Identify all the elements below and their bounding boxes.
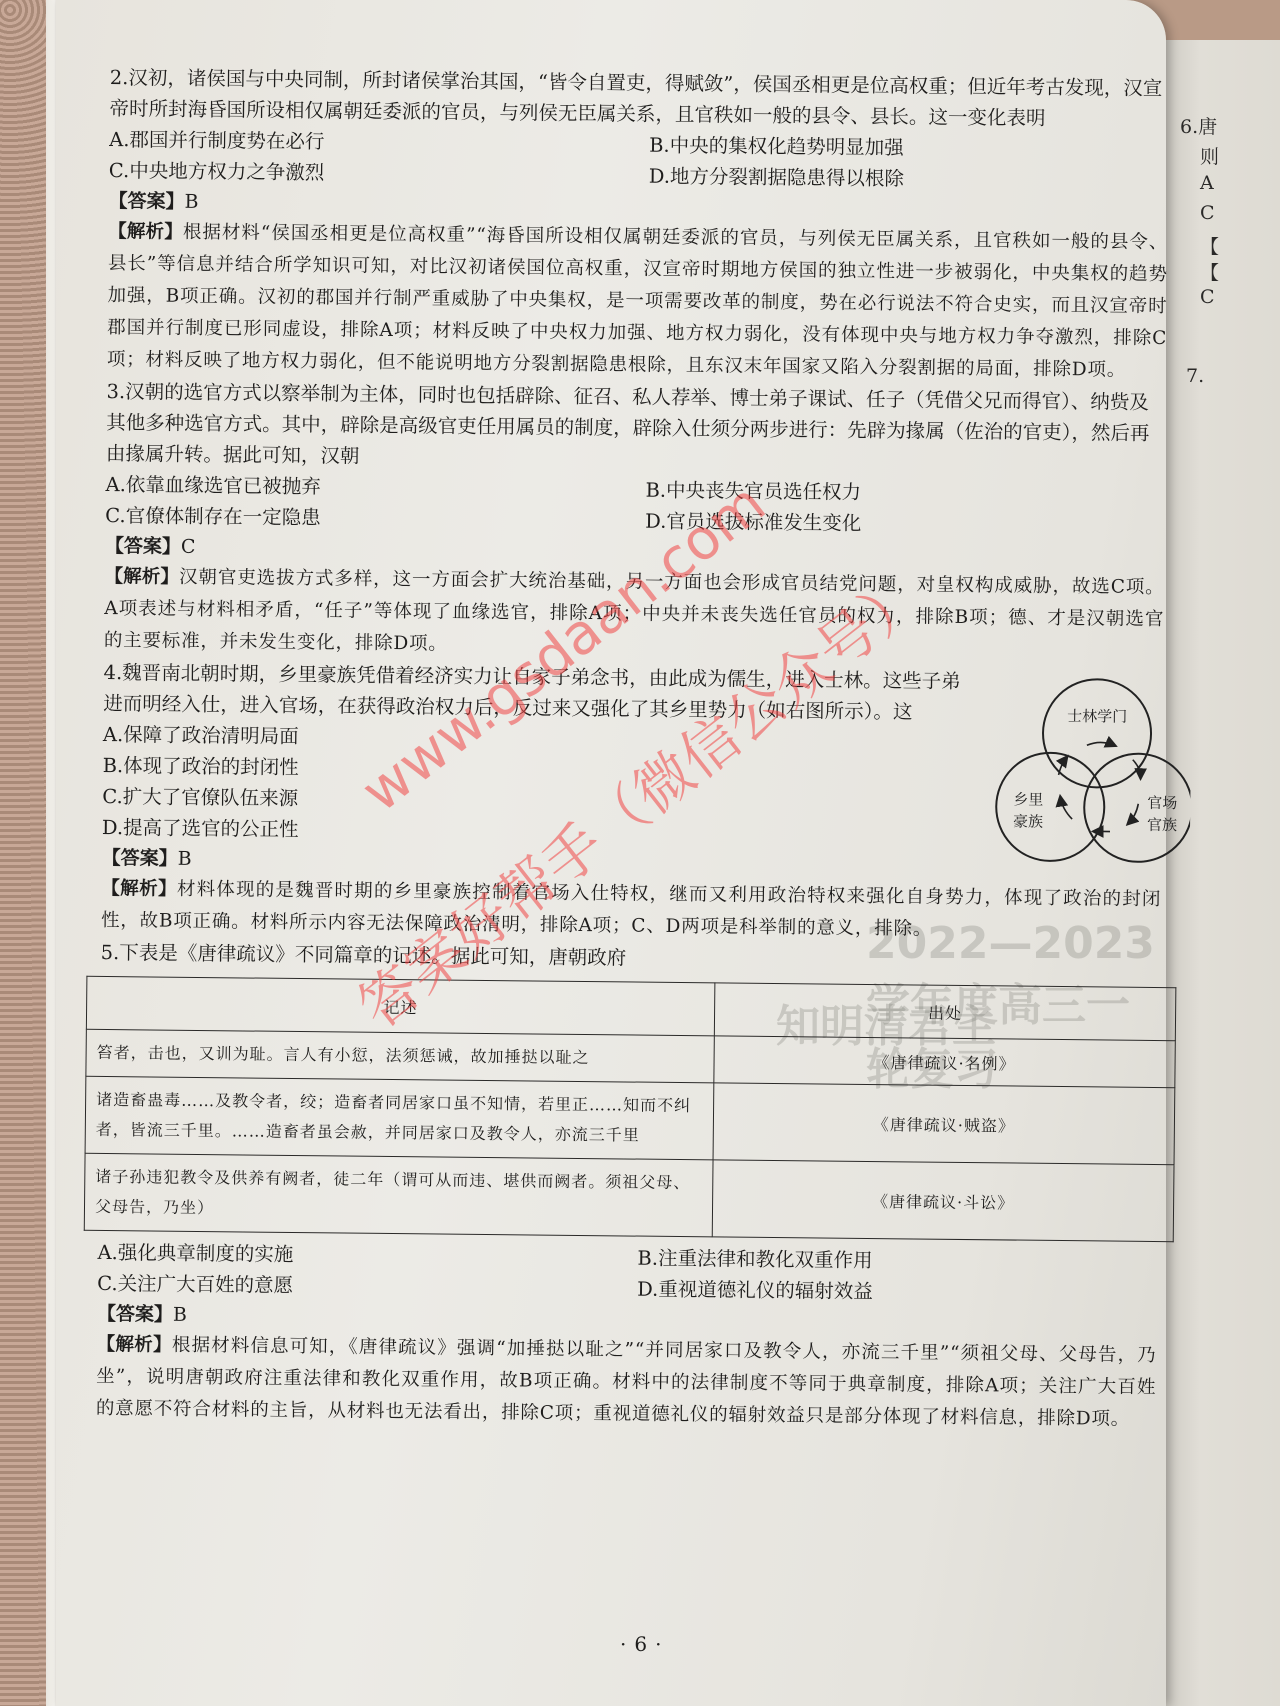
answer-label: 【答案】 [102,847,178,870]
label-scholars: 士林学门 [1067,707,1127,726]
options: A.强化典章制度的实施 B.注重法律和教化双重作用 C.关注广大百姓的意愿 D.… [97,1237,1158,1310]
explanation: 【解析】根据材料“侯国丞相更是位高权重”“海昏国所设相仅属朝廷委派的官员，与列侯… [107,216,1169,387]
answer-value: C [181,536,196,558]
fragment: 【 [1200,232,1219,259]
source-cell: 《唐律疏议·贼盗》 [713,1083,1175,1165]
option-d: D.重视道德礼仪的辐射效益 [637,1274,1157,1310]
question-5: 5.下表是《唐律疏议》不同篇章的记述。据此可知，唐朝政府 记述 出处 笞者，击也… [96,937,1161,1436]
circle-local-clans [996,752,1105,861]
table-row: 诸造畜蛊毒……及教令者，绞；造畜者同居家口虽不知情，若里正……知而不纠者，皆流三… [85,1076,1175,1164]
desk-background [0,0,50,1706]
record-cell: 诸造畜蛊毒……及教令者，绞；造畜者同居家口虽不知情，若里正……知而不纠者，皆流三… [85,1076,714,1160]
question-stem: 4.魏晋南北朝时期，乡里豪族凭借着经济实力让自家子弟念书，由此成为儒生，进入士林… [103,657,964,728]
explanation-text: 汉朝官吏选拔方式多样，这一方面会扩大统治基础，另一方面也会形成官员结党问题，对皇… [104,567,1165,655]
question-stem: 3.汉朝的选官方式以察举制为主体，同时也包括辟除、征召、私人荐举、博士弟子课试、… [106,376,1167,480]
fragment: A [1200,172,1214,194]
label-official-2: 官族 [1147,816,1177,834]
source-table: 记述 出处 笞者，击也，又训为耻。言人有小愆，法须惩诫，故加捶挞以耻之 《唐律疏… [84,976,1177,1242]
header-source: 出处 [714,983,1176,1041]
options: A.依靠血缘选官已被抛弃 B.中央丧失官员选任权力 C.官僚体制存在一定隐患 D… [105,469,1166,542]
answer-label: 【答案】 [97,1303,173,1326]
table-row: 诸子孙违犯教令及供养有阙者，徒二年（谓可从而违、堪供而阙者。须祖父母、父母告，乃… [84,1153,1174,1241]
explanation-label: 【解析】 [105,566,180,588]
arrow-icon [1059,757,1067,775]
answer-label: 【答案】 [105,535,181,558]
fragment: C [1200,202,1215,224]
question-stem: 2.汉初，诸侯国与中央同制，所封诸侯掌治其国，“皆令自置吏，得赋敛”，侯国丞相更… [109,62,1170,135]
page-content: 2.汉初，诸侯国与中央同制，所封诸侯掌治其国，“皆令自置吏，得赋敛”，侯国丞相更… [96,62,1170,1436]
label-local-2: 豪族 [1013,812,1043,830]
question-2: 2.汉初，诸侯国与中央同制，所封诸侯掌治其国，“皆令自置吏，得赋敛”，侯国丞相更… [107,62,1170,387]
explanation: 【解析】汉朝官吏选拔方式多样，这一方面会扩大统治基础，另一方面也会形成官员结党问… [104,561,1165,668]
options: A.郡国并行制度势在必行 B.中央的集权化趋势明显加强 C.中央地方权力之争激烈… [109,124,1170,197]
arrow-icon [1087,742,1115,745]
label-local-1: 乡里 [1013,791,1043,809]
option-d: D.地方分裂割据隐患得以根除 [649,161,1169,197]
explanation-label: 【解析】 [108,221,183,243]
fragment: 7. [1186,365,1204,387]
explanation-text: 根据材料“侯国丞相更是位高权重”“海昏国所设相仅属朝廷委派的官员，与列侯无臣属关… [107,222,1169,381]
answer-value: B [178,848,192,870]
explanation-text: 材料体现的是魏晋时期的乡里豪族控制着官场入仕特权，继而又利用政治特权来强化自身势… [101,879,1161,940]
explanation: 【解析】材料体现的是魏晋时期的乡里豪族控制着官场入仕特权，继而又利用政治特权来强… [101,873,1162,948]
record-cell: 诸子孙违犯教令及供养有阙者，徒二年（谓可从而违、堪供而阙者。须祖父母、父母告，乃… [84,1153,713,1237]
fragment: C [1200,286,1215,308]
source-cell: 《唐律疏议·名例》 [714,1036,1175,1088]
explanation-text: 根据材料信息可知，《唐律疏议》强调“加捶挞以耻之”“并同居家口及教令人，亦流三千… [96,1335,1157,1430]
answer-value: B [173,1304,187,1326]
explanation-label: 【解析】 [96,1334,172,1356]
fragment: 6.唐 [1180,112,1217,139]
arrow-icon [1128,804,1138,824]
question-3: 3.汉朝的选官方式以察举制为主体，同时也包括辟除、征召、私人荐举、博士弟子课试、… [104,376,1167,668]
option-d: D.官员选拔标准发生变化 [645,506,1165,542]
fragment: 【 [1200,258,1219,285]
explanation-label: 【解析】 [101,878,177,900]
header-record: 记述 [86,976,715,1036]
page-number-value: 6 [634,1632,655,1656]
page-number: ·6· [620,1632,669,1656]
record-cell: 笞者，击也，又训为耻。言人有小愆，法须惩诫，故加捶挞以耻之 [86,1029,714,1083]
answer-label: 【答案】 [108,190,184,213]
fragment: 则 [1200,142,1219,169]
source-cell: 《唐律疏议·斗讼》 [712,1160,1174,1242]
label-official-1: 官场 [1147,794,1177,812]
arrow-icon [1060,797,1072,819]
answer-value: B [184,191,198,213]
explanation: 【解析】根据材料信息可知，《唐律疏议》强调“加捶挞以耻之”“并同居家口及教令人，… [96,1329,1157,1436]
question-4: 4.魏晋南北朝时期，乡里豪族凭借着经济实力让自家子弟念书，由此成为儒生，进入士林… [101,657,1164,948]
venn-diagram: 士林学门 乡里 豪族 官场 官族 [990,674,1192,876]
